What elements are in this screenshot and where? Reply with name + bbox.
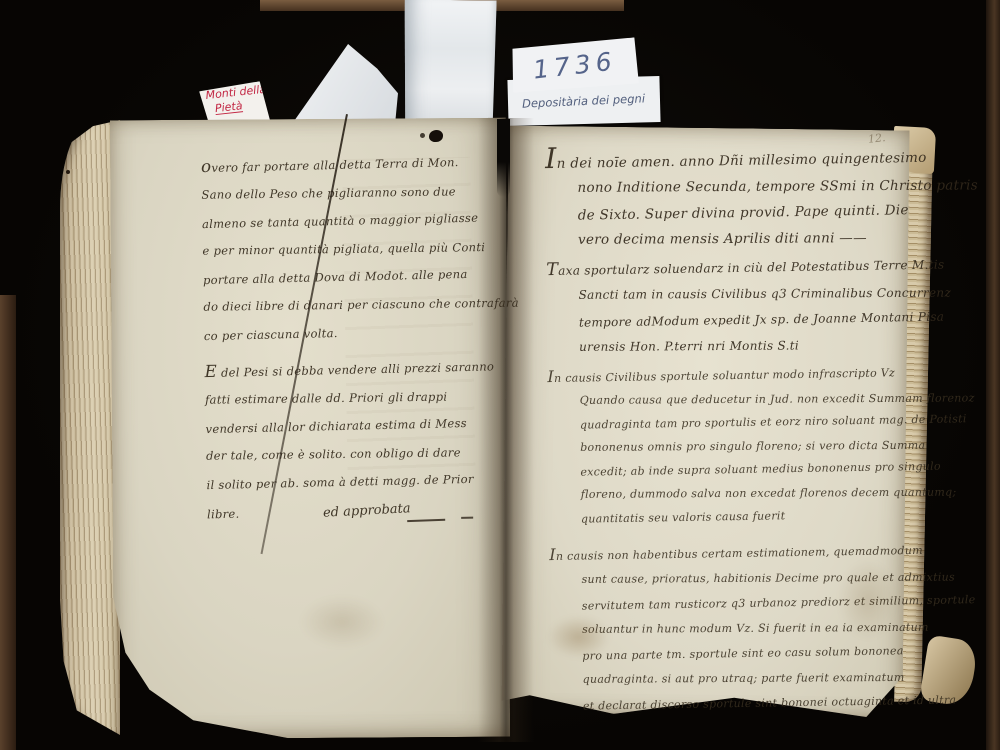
gutter-top-gap <box>497 119 510 197</box>
stain <box>838 560 898 640</box>
left-paragraph-1: overo far portare alla detta Terra di Mo… <box>201 148 470 350</box>
closing-word: libre. <box>207 500 240 529</box>
manuscript-line: il solito per ab. soma à detti magg. de … <box>206 465 473 499</box>
manuscript-line: quantitatis seu valoris causa fuerit <box>581 502 921 531</box>
left-page-text: overo far portare alla detta Terra di Mo… <box>201 148 474 529</box>
manuscript-line: Taxa sportularz soluendarz in ciù del Po… <box>546 251 918 284</box>
year-bookmark-tab: 1736 <box>511 37 639 92</box>
category-tab-label: Depositària dei pegni <box>522 91 646 110</box>
manuscript-line: de Sixto. Super divina provid. Pape quin… <box>578 197 918 229</box>
approval-signature: ed approbata <box>323 495 412 528</box>
manuscript-line: urensis Hon. P.terri nri Montis S.ti <box>579 332 919 360</box>
manuscript-line: quadraginta. si aut pro utraq; parte fue… <box>583 664 923 691</box>
manuscript-line: excedit; ab inde supra soluant medius bo… <box>580 455 920 484</box>
ink-blot <box>429 130 443 142</box>
folio-number: 12. <box>867 131 886 146</box>
white-paper-strip-bookmark <box>403 0 496 128</box>
manuscript-line: vero decima mensis Aprilis diti anni —— <box>578 225 918 253</box>
right-paragraph-3: In causis Civilibus sportule soluantur m… <box>547 360 921 530</box>
signature-flourish-line <box>407 519 445 522</box>
manuscript-line: quadraginta tam pro sportulis et eorz ni… <box>580 408 920 437</box>
manuscript-line: In causis Civilibus sportule soluantur m… <box>547 359 919 391</box>
year-tab-label: 1736 <box>532 46 618 84</box>
stain <box>300 596 384 648</box>
manuscript-line: Sancti tam in causis Civilibus q3 Crimin… <box>579 280 919 308</box>
right-paragraph-2: Taxa sportularz soluendarz in ciù del Po… <box>546 252 919 361</box>
table-edge-left <box>0 295 16 750</box>
manuscript-line: tempore adModum expedit Jx sp. de Joanne… <box>579 304 919 336</box>
right-paragraph-1: In dei noīe amen. anno Dñi millesimo qui… <box>545 141 918 254</box>
page-speck <box>66 170 70 174</box>
manuscript-line: et declarat discorso sportule sint bonon… <box>583 688 923 719</box>
manuscript-line: pro una parte tm. sportule sint eo casu … <box>582 638 922 669</box>
manuscript-line: nono Inditione Secunda, tempore SSmi in … <box>577 173 917 201</box>
open-manuscript-photo: Depositària dei pegni 1736 Monti della P… <box>0 0 1000 750</box>
manuscript-line: In dei noīe amen. anno Dñi millesimo qui… <box>545 140 917 177</box>
signature-dash <box>461 517 473 519</box>
left-paragraph-2: E del Pesi si debba vendere alli prezzi … <box>204 353 472 499</box>
manuscript-line: co per ciascuna volta. <box>204 316 471 350</box>
left-page-closing: libre. ed approbata <box>207 496 473 529</box>
stain <box>548 616 610 658</box>
table-edge-right <box>986 0 1000 750</box>
